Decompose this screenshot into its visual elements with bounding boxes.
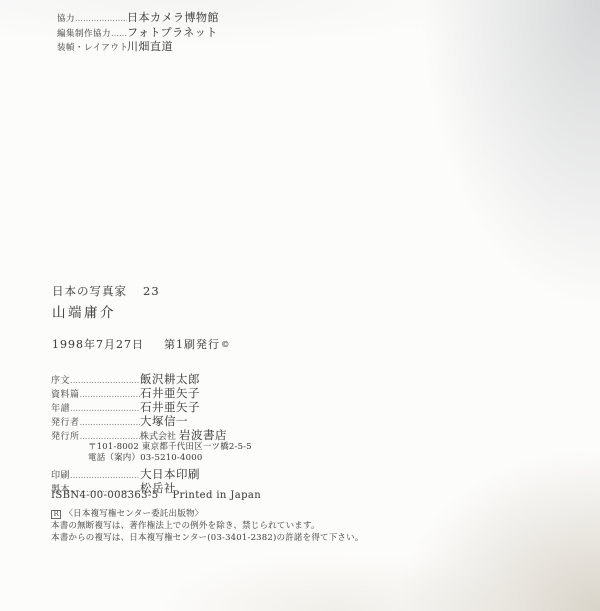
book-title: 山端庸介 — [52, 304, 231, 322]
jrrc-mark: R — [51, 510, 61, 520]
dot-leader: …………………………………………………… — [80, 390, 140, 399]
credit-label: 発行所 — [51, 429, 80, 442]
publisher-contact: 〒101-8002 東京都千代田区一ツ橋2-5-5 電話（案内）03-5210-… — [88, 442, 381, 464]
dot-leader: …………………………………………………… — [70, 376, 140, 385]
publication-date: 1998年7月27日 — [52, 336, 144, 352]
reproduction-notice: R〈日本複写権センター委託出版物〉 本書の無断複写は、著作権法上での例外を除き、… — [51, 508, 431, 544]
credit-label: 資料篇 — [51, 387, 80, 400]
dot-leader: …………………………………………………… — [80, 418, 140, 427]
printing-notice: 第1刷発行© — [164, 336, 231, 352]
credit-value: 川畑直道 — [127, 38, 173, 54]
dot-leader: …………………………………………………… — [70, 471, 140, 480]
credit-row: 協力 …………………………………………………… 日本カメラ博物館 — [57, 9, 377, 24]
credit-label: 装幀・レイアウト — [57, 41, 127, 53]
credit-label: 発行者 — [51, 415, 80, 428]
isbn-line: ISBN4-00-008363-5 Printed in Japan — [51, 490, 261, 501]
series-title: 日本の写真家 — [52, 284, 127, 298]
colophon-page: 協力 …………………………………………………… 日本カメラ博物館 編集制作協力 … — [0, 0, 600, 611]
credit-row: 編集制作協力 …………………………………………………… フォトプラネット — [57, 24, 377, 39]
publisher-row: 発行所 …………………………………………………… 株式会社岩波書店 — [51, 427, 381, 441]
credit-row: 資料篇 …………………………………………………… 石井亜矢子 — [51, 385, 381, 399]
credit-row: 装幀・レイアウト …………………………………………………… 川畑直道 — [57, 38, 377, 53]
publisher-address: 〒101-8002 東京都千代田区一ツ橋2-5-5 — [88, 442, 381, 453]
series-number: 23 — [143, 284, 160, 298]
printed-in-japan: Printed in Japan — [172, 490, 261, 501]
company-prefix: 株式会社 — [140, 432, 176, 442]
copyright-symbol: © — [221, 340, 231, 350]
credit-row: 発行者 …………………………………………………… 大塚信一 — [51, 413, 381, 427]
credit-label: 編集制作協力 — [57, 27, 111, 39]
dot-leader: …………………………………………………… — [80, 432, 140, 441]
series-title-line: 日本の写真家23 — [52, 285, 231, 298]
title-block: 日本の写真家23 山端庸介 1998年7月27日 第1刷発行© — [52, 285, 231, 352]
isbn: ISBN4-00-008363-5 — [51, 490, 158, 501]
publisher-name: 株式会社岩波書店 — [140, 427, 227, 443]
jrrc-title-line: R〈日本複写権センター委託出版物〉 — [51, 508, 431, 520]
credit-label: 年譜 — [51, 401, 70, 414]
credit-row: 印刷 …………………………………………………… 大日本印刷 — [51, 466, 381, 480]
credit-row: 年譜 …………………………………………………… 石井亜矢子 — [51, 399, 381, 413]
jrrc-title: 〈日本複写権センター委託出版物〉 — [64, 509, 203, 519]
dot-leader: …………………………………………………… — [70, 404, 140, 413]
credit-label: 協力 — [57, 12, 75, 24]
dot-leader: …………………………………………………… — [75, 14, 127, 23]
credit-row: 序文 …………………………………………………… 飯沢耕太郎 — [51, 371, 381, 385]
credit-label: 序文 — [51, 373, 70, 386]
edition-line: 1998年7月27日 第1刷発行© — [52, 336, 231, 352]
dot-leader: …………………………………………………… — [111, 29, 127, 38]
publisher-phone: 電話（案内）03-5210-4000 — [88, 453, 381, 464]
credit-label: 印刷 — [51, 468, 70, 481]
production-credits: 協力 …………………………………………………… 日本カメラ博物館 編集制作協力 … — [57, 9, 377, 53]
notice-line: 本書の無断複写は、著作権法上での例外を除き、禁じられています。 — [51, 520, 431, 532]
publication-credits: 序文 …………………………………………………… 飯沢耕太郎 資料篇 ………………… — [51, 371, 381, 494]
notice-line: 本書からの複写は、日本複写権センター(03-3401-2382)の許諾を得て下さ… — [51, 532, 431, 544]
